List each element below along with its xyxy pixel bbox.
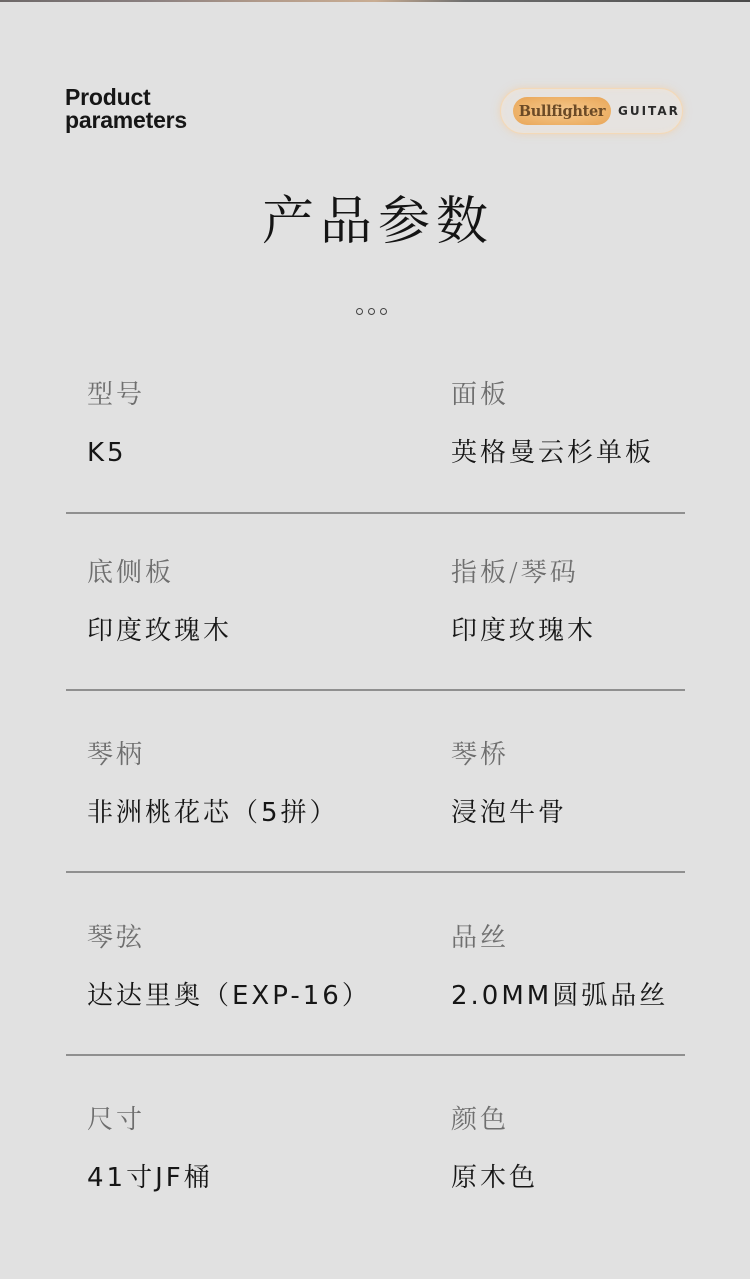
param-label: 型号 <box>87 380 145 410</box>
param-cell: 尺寸 41寸JF桶 <box>87 1105 145 1135</box>
param-label: 琴柄 <box>87 740 145 770</box>
param-cell: 颜色 原木色 <box>451 1105 509 1135</box>
param-value: K5 <box>87 438 127 468</box>
param-cell: 品丝 2.0MM圆弧品丝 <box>451 923 509 953</box>
param-cell: 底侧板 印度玫瑰木 <box>87 558 174 588</box>
param-cell: 面板 英格曼云杉单板 <box>451 380 509 410</box>
dot-icon <box>356 308 363 315</box>
param-value: 41寸JF桶 <box>87 1163 213 1193</box>
param-label: 尺寸 <box>87 1105 145 1135</box>
logo-suffix: GUITAR <box>618 89 680 133</box>
param-label: 指板/琴码 <box>451 558 579 588</box>
english-heading-line1: Product <box>65 86 187 109</box>
logo-brand-pill: Bullfighter <box>513 97 611 125</box>
row-divider <box>66 689 685 691</box>
ellipsis-dots-icon <box>356 308 387 315</box>
param-value: 印度玫瑰木 <box>451 616 596 646</box>
row-divider <box>66 512 685 514</box>
param-cell: 琴柄 非洲桃花芯（5拼） <box>87 740 145 770</box>
param-cell: 琴桥 浸泡牛骨 <box>451 740 509 770</box>
param-label: 琴桥 <box>451 740 509 770</box>
brand-logo: Bullfighter GUITAR <box>500 88 683 134</box>
page-title: 产品参数 <box>0 190 750 254</box>
param-label: 底侧板 <box>87 558 174 588</box>
dot-icon <box>380 308 387 315</box>
param-value: 印度玫瑰木 <box>87 616 232 646</box>
param-label: 面板 <box>451 380 509 410</box>
row-divider <box>66 871 685 873</box>
row-divider <box>66 1054 685 1056</box>
param-cell: 型号 K5 <box>87 380 145 410</box>
param-label: 品丝 <box>451 923 509 953</box>
param-cell: 琴弦 达达里奥（EXP-16） <box>87 923 145 953</box>
param-value: 英格曼云杉单板 <box>451 438 654 468</box>
param-value: 浸泡牛骨 <box>451 798 567 828</box>
param-value: 非洲桃花芯（5拼） <box>87 798 339 828</box>
top-image-strip <box>0 0 750 2</box>
param-value: 达达里奥（EXP-16） <box>87 981 371 1011</box>
param-value: 原木色 <box>451 1163 538 1193</box>
param-value: 2.0MM圆弧品丝 <box>451 981 668 1011</box>
english-heading-line2: parameters <box>65 109 187 132</box>
param-cell: 指板/琴码 印度玫瑰木 <box>451 558 579 588</box>
param-label: 琴弦 <box>87 923 145 953</box>
dot-icon <box>368 308 375 315</box>
english-heading: Product parameters <box>65 86 187 132</box>
param-label: 颜色 <box>451 1105 509 1135</box>
